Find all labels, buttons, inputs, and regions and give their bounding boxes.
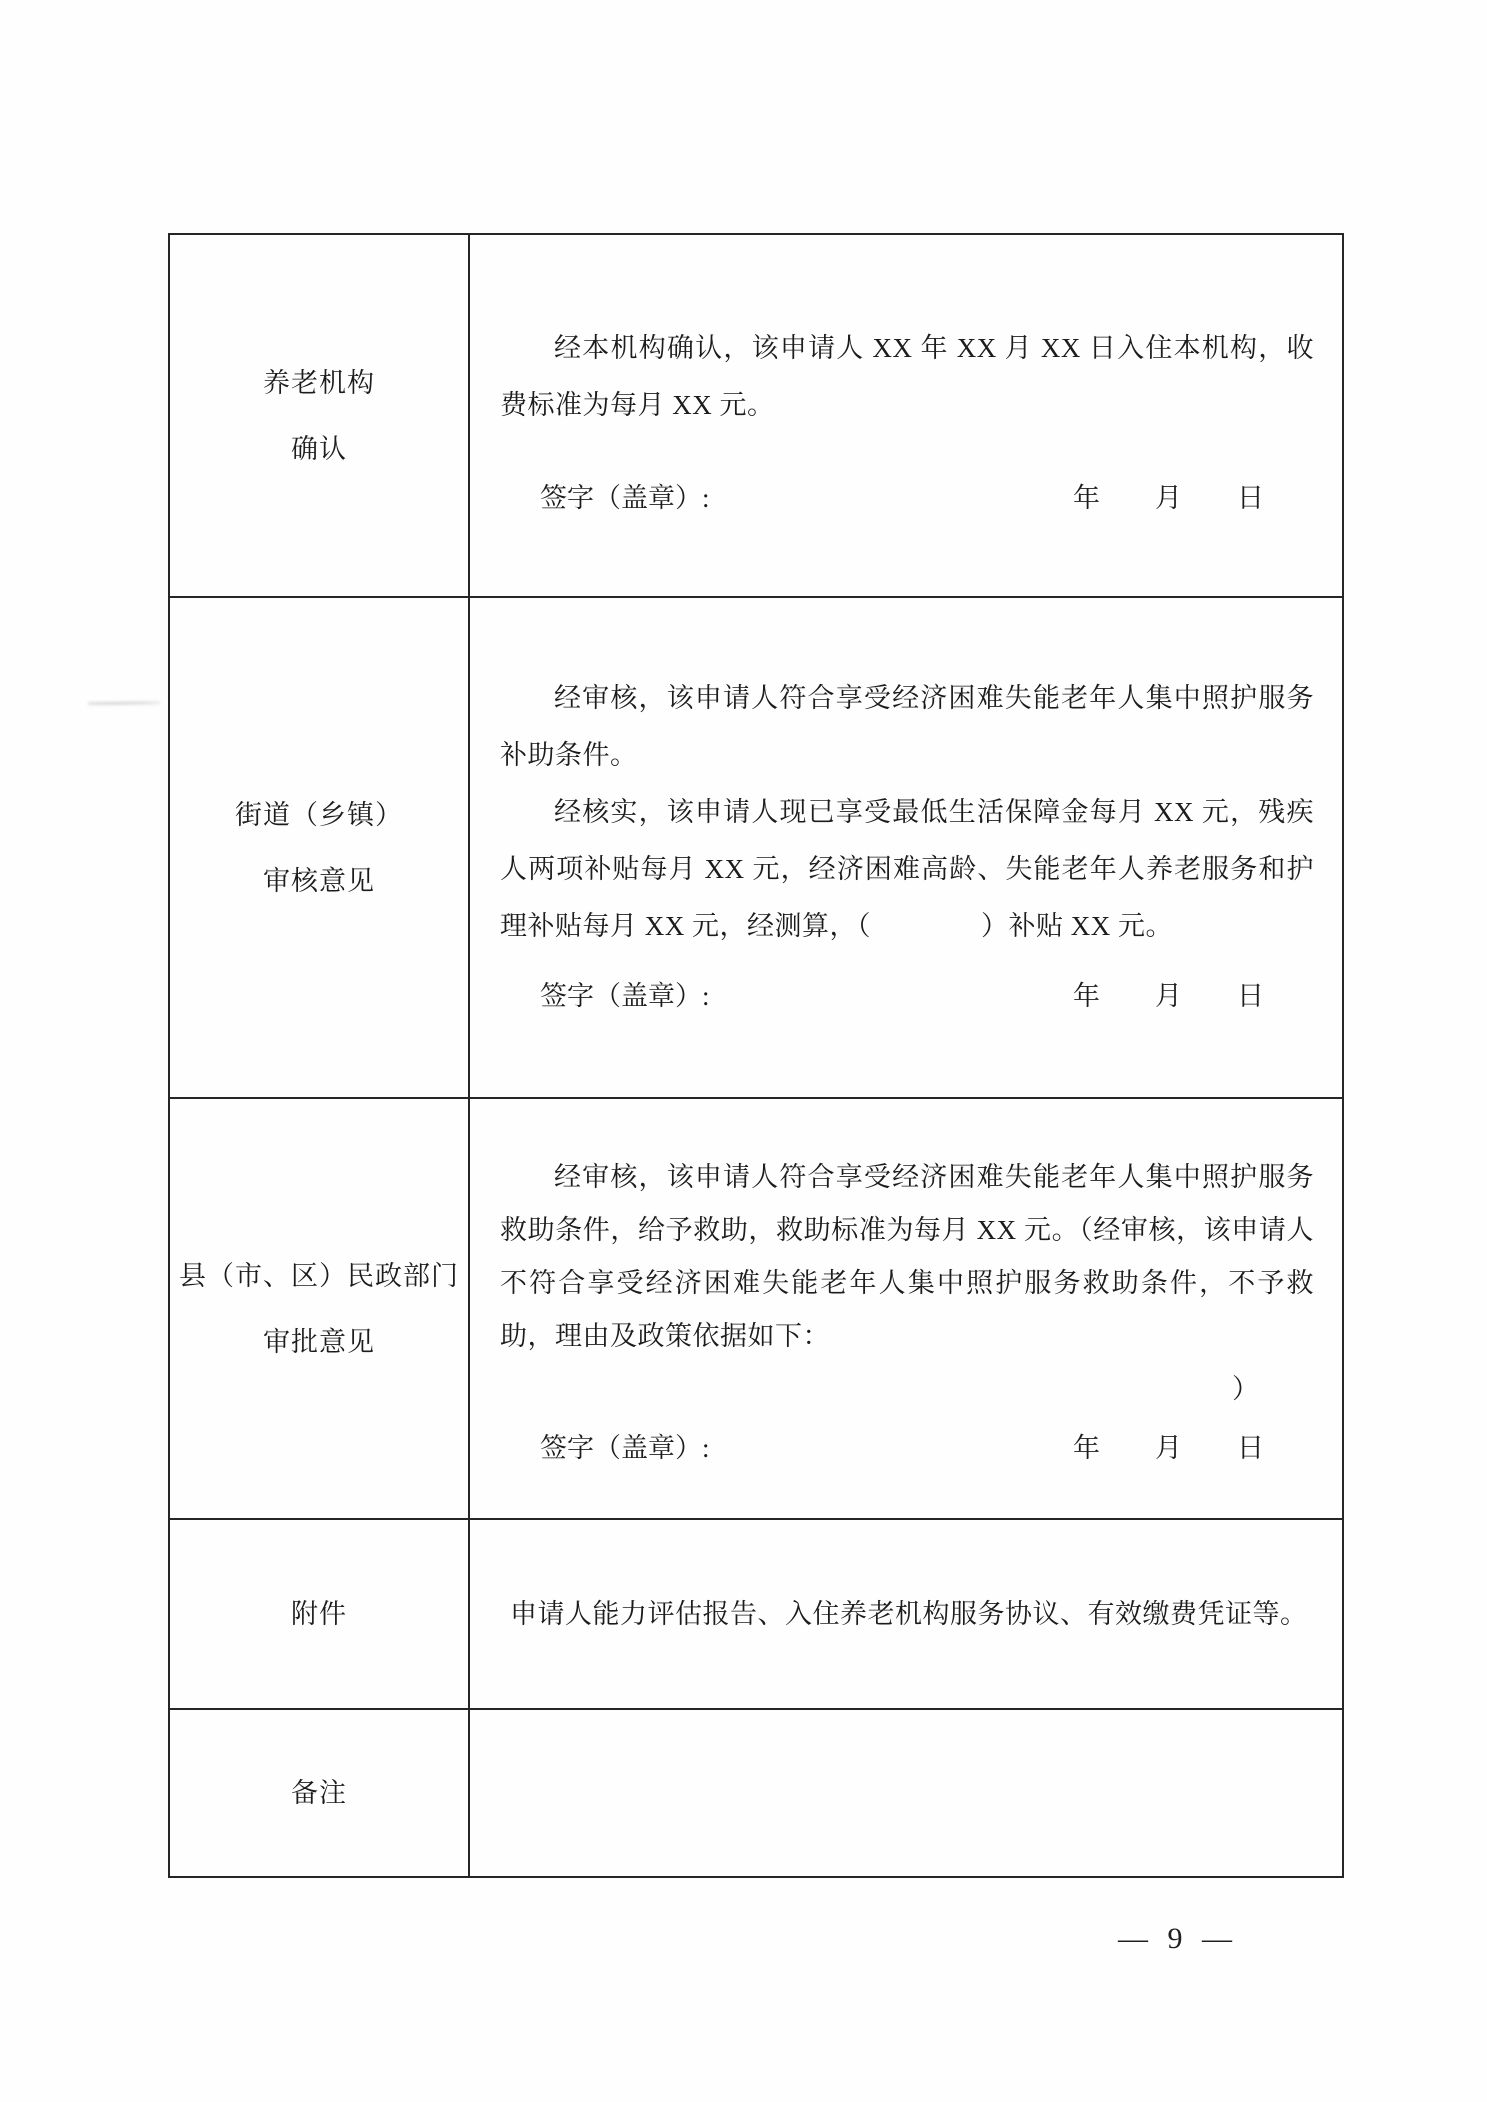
paragraph: 经审核，该申请人符合享受经济困难失能老年人集中照护服务补助条件。 xyxy=(500,670,1314,784)
date-month-label: 月 xyxy=(1155,470,1182,527)
date-day-label: 日 xyxy=(1237,968,1264,1025)
row-content-cell-street: 经审核，该申请人符合享受经济困难失能老年人集中照护服务补助条件。 经核实，该申请… xyxy=(470,598,1342,1097)
row-label-cell-remarks: 备注 xyxy=(170,1710,470,1876)
table-row-remarks: 备注 xyxy=(170,1708,1342,1876)
row-label-text: 审核意见 xyxy=(263,848,375,914)
date-month-label: 月 xyxy=(1155,968,1182,1025)
closing-paren: ） xyxy=(500,1363,1314,1416)
row-label-text: 养老机构 xyxy=(263,350,375,416)
row-label-text: 审批意见 xyxy=(263,1309,375,1375)
signature-label: 签字（盖章）: xyxy=(540,470,710,527)
signature-date: 年 月 日 xyxy=(1073,470,1264,527)
paragraph: 经本机构确认，该申请人 XX 年 XX 月 XX 日入住本机构，收费标准为每月 … xyxy=(500,320,1314,434)
row-label-cell-attachments: 附件 xyxy=(170,1520,470,1708)
paragraph: 经审核，该申请人符合享受经济困难失能老年人集中照护服务救助条件，给予救助，救助标… xyxy=(500,1151,1314,1363)
page-number: — 9 — xyxy=(1118,1922,1238,1956)
table-row-attachments: 附件 申请人能力评估报告、入住养老机构服务协议、有效缴费凭证等。 xyxy=(170,1518,1342,1708)
row-label-text: 县（市、区）民政部门 xyxy=(179,1243,459,1309)
date-day-label: 日 xyxy=(1237,1420,1264,1477)
signature-date: 年 月 日 xyxy=(1073,1420,1264,1477)
table-row-street-review: 街道（乡镇） 审核意见 经审核，该申请人符合享受经济困难失能老年人集中照护服务补… xyxy=(170,596,1342,1097)
date-year-label: 年 xyxy=(1073,470,1100,527)
table-row-institution-confirmation: 养老机构 确认 经本机构确认，该申请人 XX 年 XX 月 XX 日入住本机构，… xyxy=(170,235,1342,596)
row-content-cell-institution: 经本机构确认，该申请人 XX 年 XX 月 XX 日入住本机构，收费标准为每月 … xyxy=(470,235,1342,596)
signature-line: 签字（盖章）: 年 月 日 xyxy=(500,968,1314,1025)
row-label-cell-street: 街道（乡镇） 审核意见 xyxy=(170,598,470,1097)
row-label-text: 确认 xyxy=(291,416,347,482)
signature-line: 签字（盖章）: 年 月 日 xyxy=(500,470,1314,527)
signature-label: 签字（盖章）: xyxy=(540,1420,710,1477)
attachments-text: 申请人能力评估报告、入住养老机构服务协议、有效缴费凭证等。 xyxy=(510,1594,1308,1634)
date-month-label: 月 xyxy=(1155,1420,1182,1477)
row-content-cell-attachments: 申请人能力评估报告、入住养老机构服务协议、有效缴费凭证等。 xyxy=(470,1520,1342,1708)
signature-date: 年 月 日 xyxy=(1073,968,1264,1025)
date-year-label: 年 xyxy=(1073,968,1100,1025)
row-label-text: 街道（乡镇） xyxy=(235,782,403,848)
scanned-form-page: 养老机构 确认 经本机构确认，该申请人 XX 年 XX 月 XX 日入住本机构，… xyxy=(0,0,1487,2102)
date-day-label: 日 xyxy=(1237,470,1264,527)
signature-label: 签字（盖章）: xyxy=(540,968,710,1025)
row-label-cell-county: 县（市、区）民政部门 审批意见 xyxy=(170,1099,470,1518)
table-row-county-approval: 县（市、区）民政部门 审批意见 经审核，该申请人符合享受经济困难失能老年人集中照… xyxy=(170,1097,1342,1518)
paragraph: 经核实，该申请人现已享受最低生活保障金每月 XX 元，残疾人两项补贴每月 XX … xyxy=(500,784,1314,955)
row-content-cell-remarks xyxy=(470,1710,1342,1876)
approval-form-table: 养老机构 确认 经本机构确认，该申请人 XX 年 XX 月 XX 日入住本机构，… xyxy=(168,233,1344,1878)
row-content-cell-county: 经审核，该申请人符合享受经济困难失能老年人集中照护服务救助条件，给予救助，救助标… xyxy=(470,1099,1342,1518)
scan-artifact xyxy=(88,700,160,707)
row-label-text: 备注 xyxy=(291,1760,347,1826)
signature-line: 签字（盖章）: 年 月 日 xyxy=(500,1420,1314,1477)
row-label-cell-institution: 养老机构 确认 xyxy=(170,235,470,596)
date-year-label: 年 xyxy=(1073,1420,1100,1477)
row-label-text: 附件 xyxy=(291,1581,347,1647)
